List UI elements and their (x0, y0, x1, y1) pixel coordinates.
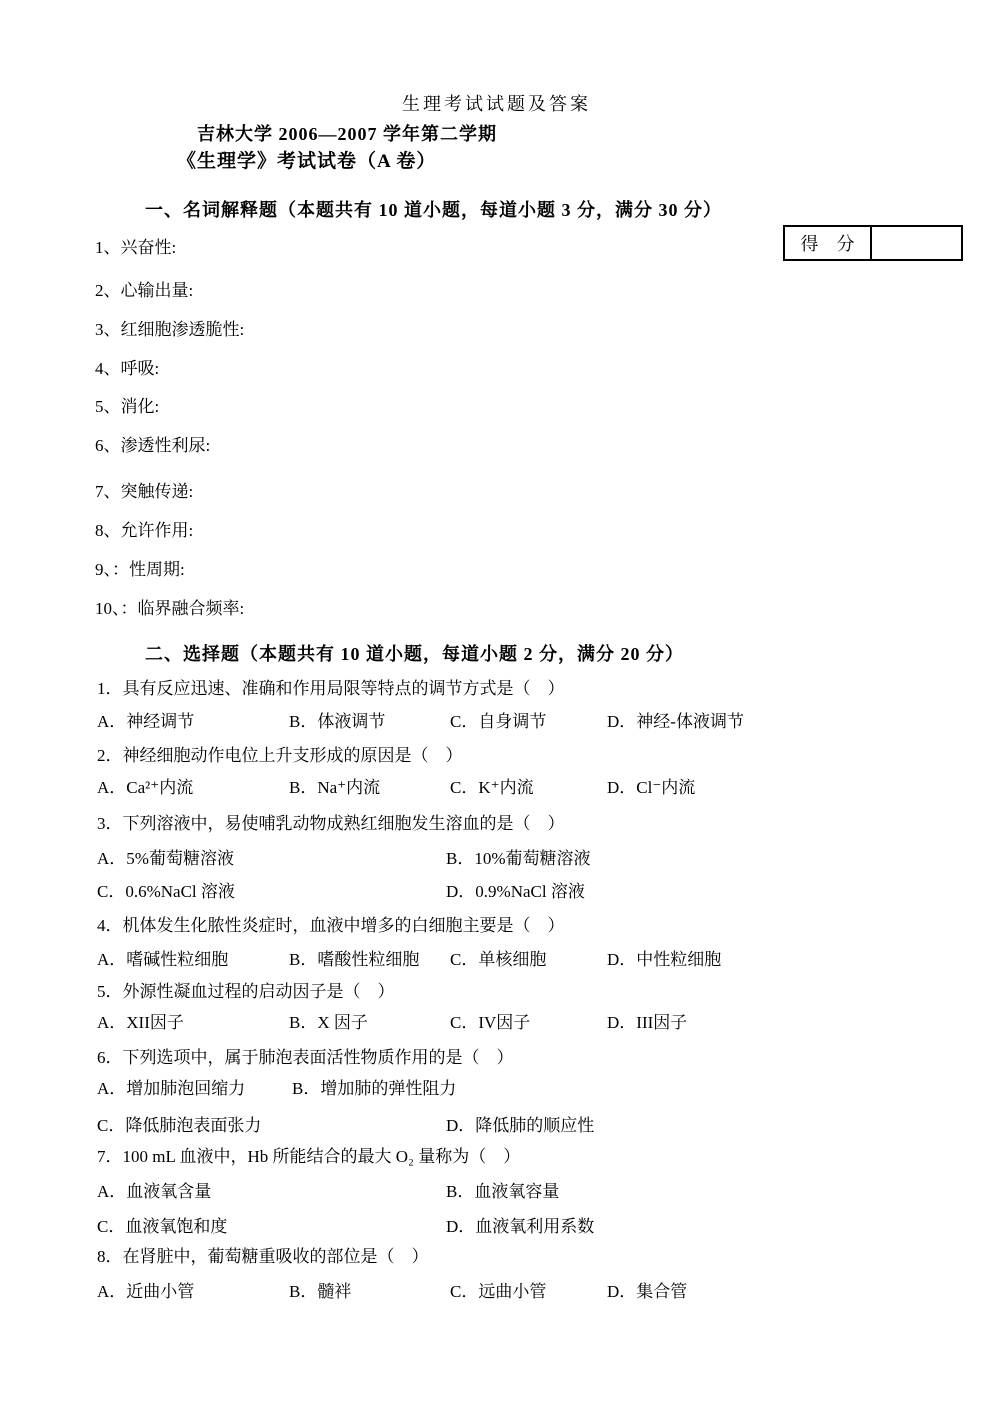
question-3-option-d: D．0.9%NaCl 溶液 (446, 880, 585, 904)
question-5-option-a: A．XII因子 (97, 1011, 184, 1035)
question-2-options: A．Ca²⁺内流 B．Na⁺内流 C．K⁺内流 D．Cl⁻内流 (0, 776, 993, 800)
score-value-cell (872, 227, 961, 259)
question-7-options-row-1: A．血液氧含量 B．血液氧容量 (0, 1180, 993, 1204)
question-2-option-d: D．Cl⁻内流 (607, 776, 695, 800)
question-6-option-c: C．降低肺泡表面张力 (97, 1114, 261, 1138)
score-box: 得 分 (783, 225, 963, 261)
question-7-option-c: C．血液氧饱和度 (97, 1215, 227, 1239)
exam-document-page: 生理考试试题及答案 吉林大学 2006—2007 学年第二学期 《生理学》考试试… (0, 0, 993, 1404)
question-6-options-row-1: A．增加肺泡回缩力 B．增加肺的弹性阻力 (0, 1077, 993, 1101)
question-5-option-c: C．IV因子 (450, 1011, 530, 1035)
question-4-option-d: D．中性粒细胞 (607, 948, 721, 972)
question-1-options: A．神经调节 B．体液调节 C．自身调节 D．神经-体液调节 (0, 710, 993, 734)
question-4-option-a: A．嗜碱性粒细胞 (97, 948, 228, 972)
doc-title: 生理考试试题及答案 (0, 92, 993, 116)
question-7-option-d: D．血液氧利用系数 (446, 1215, 594, 1239)
question-4-option-c: C．单核细胞 (450, 948, 546, 972)
question-8-option-d: D．集合管 (607, 1280, 687, 1304)
question-6-option-d: D．降低肺的顺应性 (446, 1114, 594, 1138)
section1-heading: 一、名词解释题（本题共有 10 道小题，每道小题 3 分，满分 30 分） (145, 198, 722, 222)
definition-item-4: 4、呼吸: (95, 357, 159, 381)
question-3-stem: 3．下列溶液中，易使哺乳动物成熟红细胞发生溶血的是（ ） (97, 812, 565, 836)
question-4-stem: 4．机体发生化脓性炎症时，血液中增多的白细胞主要是（ ） (97, 914, 565, 938)
question-7-option-b: B．血液氧容量 (446, 1180, 559, 1204)
definition-item-9: 9、：性周期: (95, 558, 185, 582)
exam-title: 《生理学》考试试卷（A 卷） (177, 150, 436, 174)
question-4-option-b: B．嗜酸性粒细胞 (289, 948, 419, 972)
question-8-options: A．近曲小管 B．髓袢 C．远曲小管 D．集合管 (0, 1280, 993, 1304)
question-1-option-a: A．神经调节 (97, 710, 194, 734)
definition-item-5: 5、消化: (95, 395, 159, 419)
question-2-stem: 2．神经细胞动作电位上升支形成的原因是（ ） (97, 744, 463, 768)
definition-item-7: 7、突触传递: (95, 480, 193, 504)
question-5-option-d: D．III因子 (607, 1011, 687, 1035)
question-6-option-b: B．增加肺的弹性阻力 (292, 1077, 456, 1101)
question-8-option-c: C．远曲小管 (450, 1280, 546, 1304)
question-6-options-row-2: C．降低肺泡表面张力 D．降低肺的顺应性 (0, 1114, 993, 1138)
question-5-options: A．XII因子 B．X 因子 C．IV因子 D．III因子 (0, 1011, 993, 1035)
question-8-option-a: A．近曲小管 (97, 1280, 194, 1304)
question-7-options-row-2: C．血液氧饱和度 D．血液氧利用系数 (0, 1215, 993, 1239)
question-3-option-c: C．0.6%NaCl 溶液 (97, 880, 235, 904)
question-2-option-c: C．K⁺内流 (450, 776, 534, 800)
question-2-option-b: B．Na⁺内流 (289, 776, 380, 800)
definition-item-1: 1、兴奋性: (95, 236, 176, 260)
definition-item-3: 3、红细胞渗透脆性: (95, 318, 244, 342)
question-8-stem: 8．在肾脏中，葡萄糖重吸收的部位是（ ） (97, 1245, 429, 1269)
question-7-stem: 7．100 mL 血液中，Hb 所能结合的最大 O₂ 量称为（ ） (97, 1145, 520, 1169)
question-3-option-b: B．10%葡萄糖溶液 (446, 847, 591, 871)
question-1-option-b: B．体液调节 (289, 710, 385, 734)
definition-item-6: 6、渗透性利尿: (95, 434, 210, 458)
definition-item-8: 8、允许作用: (95, 519, 193, 543)
question-8-option-b: B．髓袢 (289, 1280, 351, 1304)
question-6-stem: 6．下列选项中，属于肺泡表面活性物质作用的是（ ） (97, 1046, 514, 1070)
question-1-option-c: C．自身调节 (450, 710, 546, 734)
question-1-option-d: D．神经-体液调节 (607, 710, 744, 734)
question-3-options-row-1: A．5%葡萄糖溶液 B．10%葡萄糖溶液 (0, 847, 993, 871)
question-3-options-row-2: C．0.6%NaCl 溶液 D．0.9%NaCl 溶液 (0, 880, 993, 904)
section2-heading: 二、选择题（本题共有 10 道小题，每道小题 2 分，满分 20 分） (145, 642, 684, 666)
question-3-option-a: A．5%葡萄糖溶液 (97, 847, 234, 871)
question-2-option-a: A．Ca²⁺内流 (97, 776, 193, 800)
score-label: 得 分 (785, 227, 872, 259)
question-7-option-a: A．血液氧含量 (97, 1180, 211, 1204)
question-5-stem: 5．外源性凝血过程的启动因子是（ ） (97, 980, 395, 1004)
doc-subtitle: 吉林大学 2006—2007 学年第二学期 (197, 122, 497, 146)
question-4-options: A．嗜碱性粒细胞 B．嗜酸性粒细胞 C．单核细胞 D．中性粒细胞 (0, 948, 993, 972)
question-1-stem: 1．具有反应迅速、准确和作用局限等特点的调节方式是（ ） (97, 677, 565, 701)
definition-item-10: 10、：临界融合频率: (95, 597, 244, 621)
question-6-option-a: A．增加肺泡回缩力 (97, 1077, 245, 1101)
question-5-option-b: B．X 因子 (289, 1011, 368, 1035)
definition-item-2: 2、心输出量: (95, 279, 193, 303)
